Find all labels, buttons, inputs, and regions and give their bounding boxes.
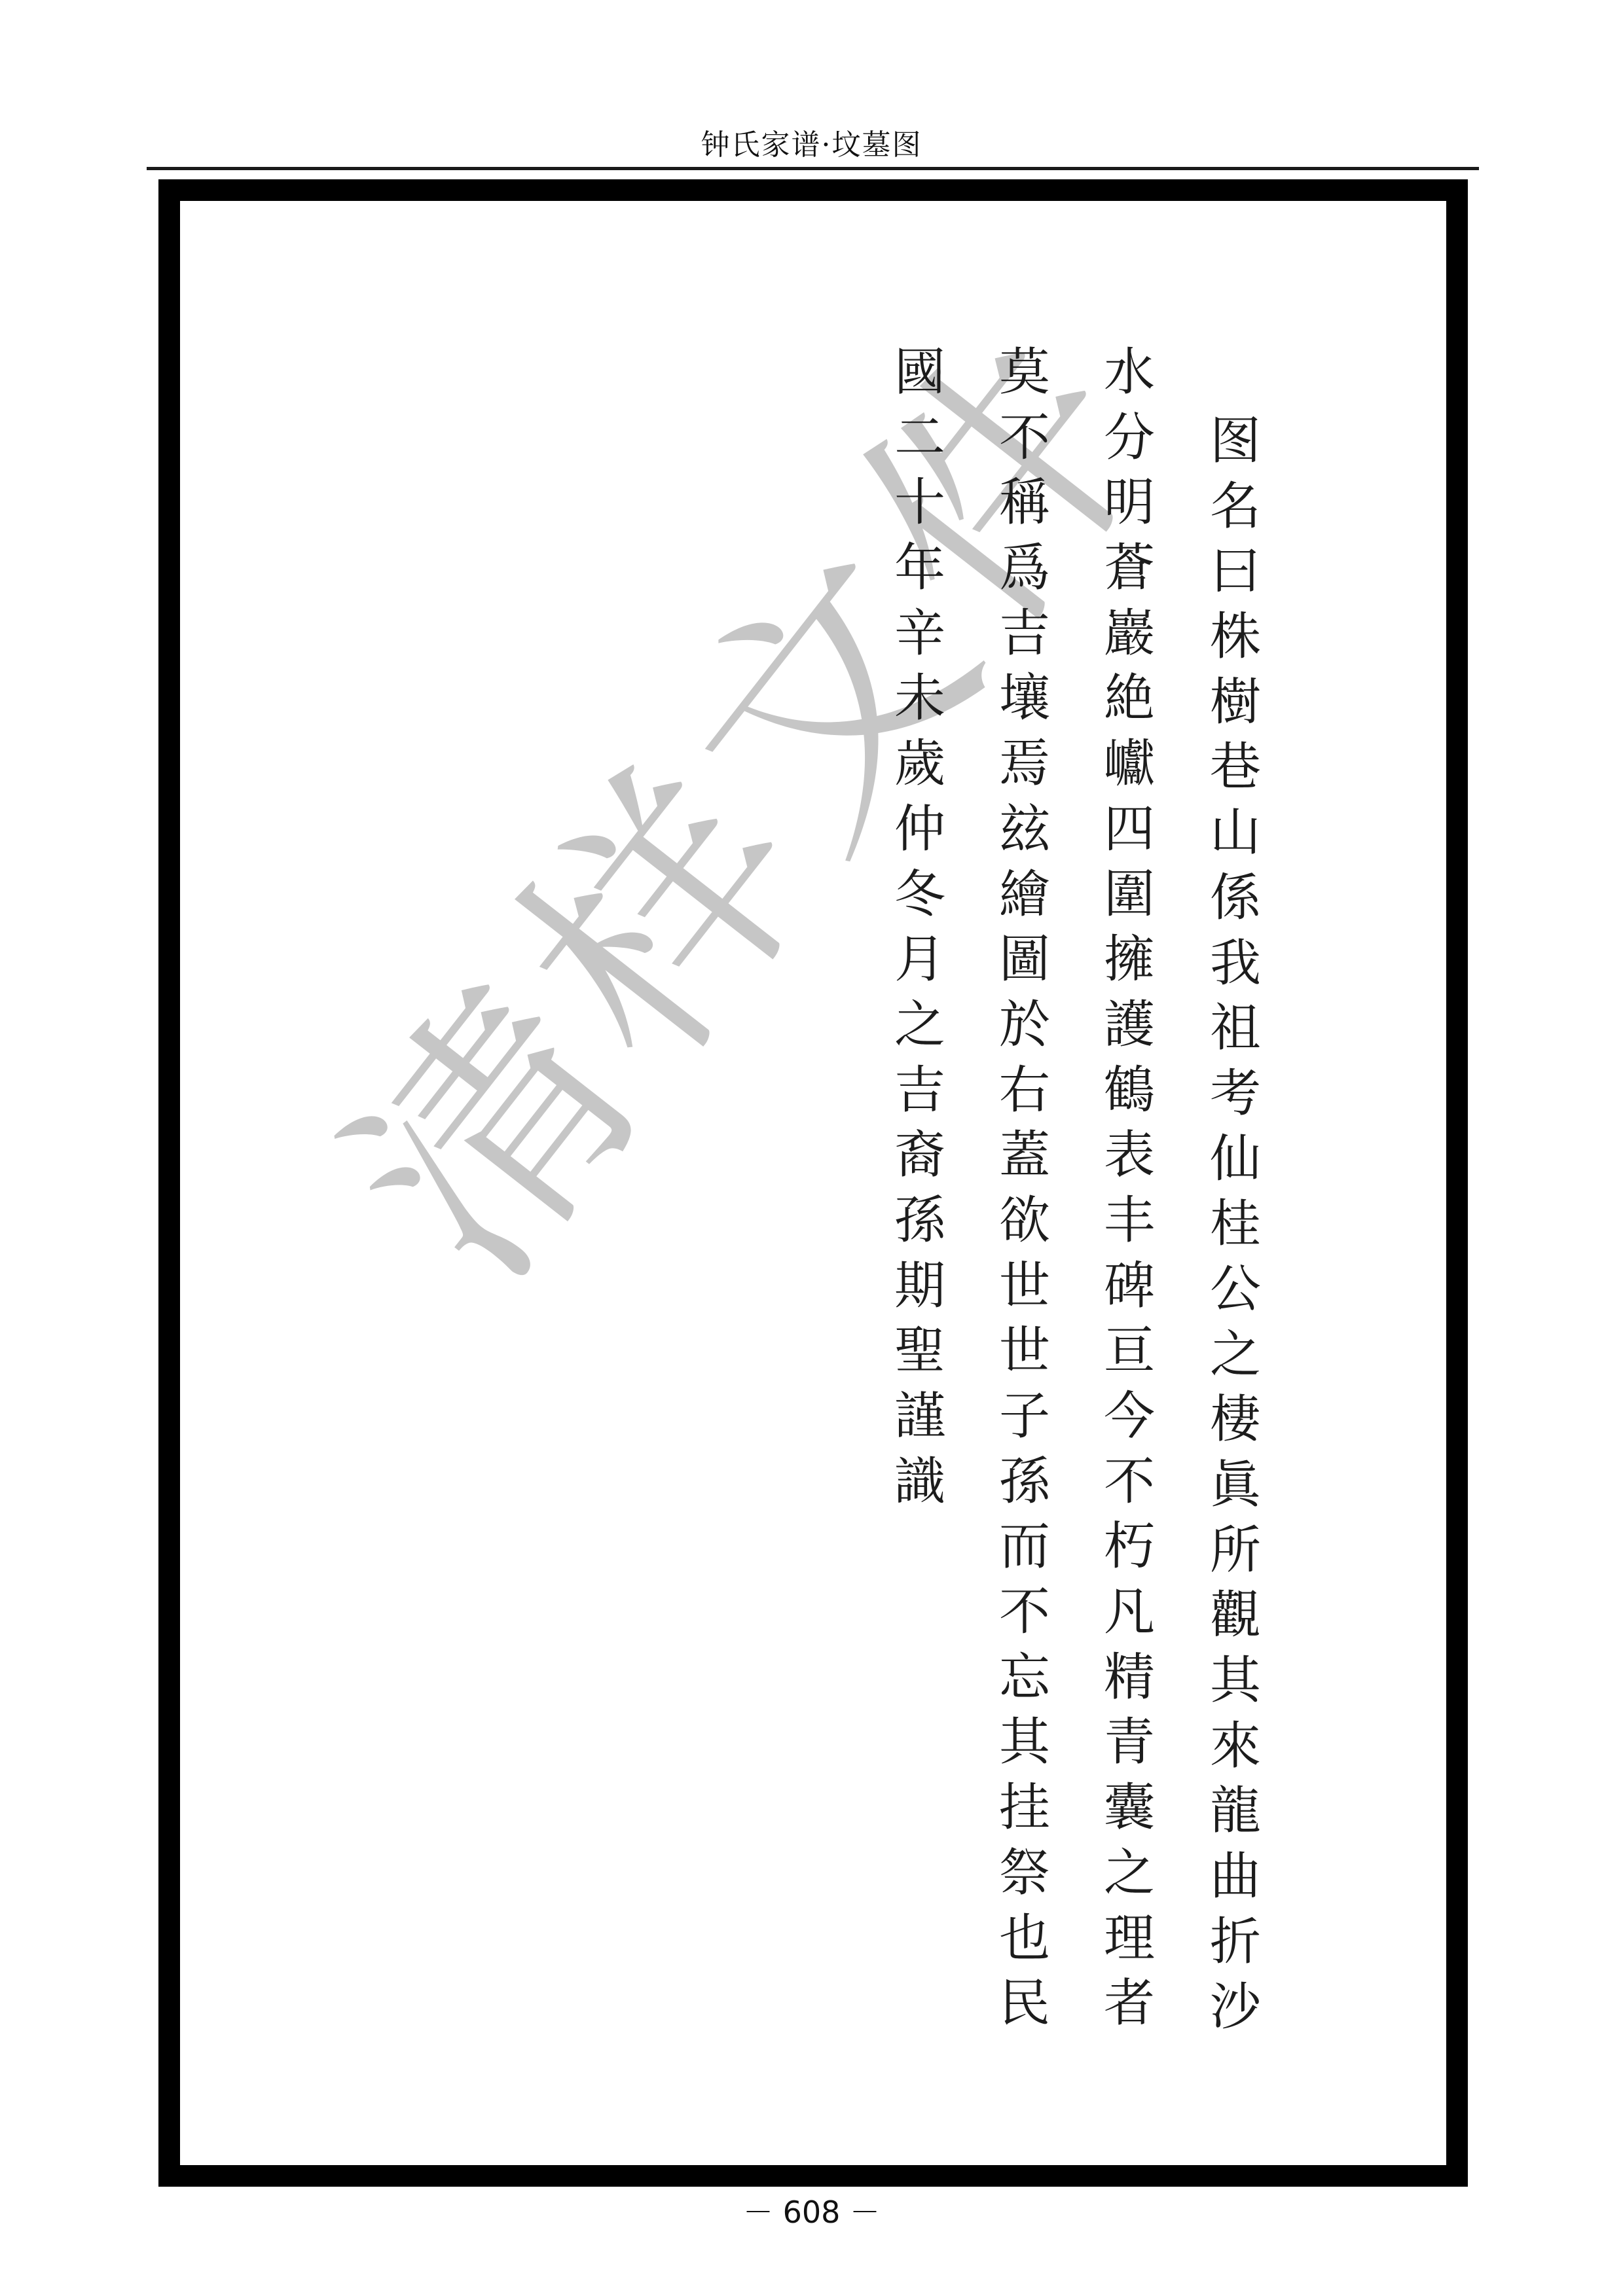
text-character: 图 [1199, 409, 1271, 475]
text-character: 其 [1199, 1649, 1271, 1714]
text-column-1: 图名曰株樹巷山係我祖考仙桂公之棲眞所觀其來龍曲折沙 [1199, 409, 1271, 2040]
text-character: 碑 [1093, 1254, 1165, 1319]
text-character: 二 [884, 406, 956, 471]
text-character: 不 [1093, 1450, 1165, 1515]
text-character: 樹 [1199, 670, 1271, 736]
text-character: 鶴 [1093, 1058, 1165, 1124]
text-character: 之 [884, 993, 956, 1058]
header-rule-divider [147, 167, 1479, 170]
text-character: 龍 [1199, 1779, 1271, 1844]
text-character: 而 [989, 1515, 1061, 1580]
text-character: 巷 [1199, 735, 1271, 800]
text-character: 不 [989, 1580, 1061, 1645]
text-column-4: 國二十年辛未歲仲冬月之吉裔孫期聖謹識 [884, 340, 956, 1515]
text-character: 表 [1093, 1123, 1165, 1189]
text-character: 孫 [989, 1450, 1061, 1515]
text-character: 圖 [989, 927, 1061, 993]
text-character: 四 [1093, 797, 1165, 863]
text-character: 者 [1093, 1971, 1165, 2037]
page-header-title: 钟氏家谱·坟墓图 [0, 128, 1623, 162]
text-character: 裔 [884, 1123, 956, 1189]
text-character: 之 [1093, 1841, 1165, 1907]
text-character: 繪 [989, 863, 1061, 928]
text-character: 識 [884, 1450, 956, 1515]
text-character: 曰 [1199, 539, 1271, 605]
text-character: 吉 [884, 1058, 956, 1124]
text-character: 仲 [884, 797, 956, 863]
text-character: 吉 [989, 601, 1061, 667]
text-column-2: 水分明蒼巖絶巘四圍擁護鶴表丰碑亘今不朽凡精青囊之理者 [1093, 340, 1165, 2037]
text-character: 孫 [884, 1189, 956, 1254]
text-character: 莫 [989, 340, 1061, 406]
text-character: 朽 [1093, 1515, 1165, 1580]
text-character: 亘 [1093, 1319, 1165, 1384]
text-character: 沙 [1199, 1975, 1271, 2041]
text-character: 不 [989, 406, 1061, 471]
text-character: 仙 [1199, 1127, 1271, 1193]
text-character: 稱 [989, 471, 1061, 536]
text-character: 焉 [989, 732, 1061, 797]
text-character: 來 [1199, 1714, 1271, 1780]
text-character: 也 [989, 1907, 1061, 1972]
text-character: 絶 [1093, 666, 1165, 732]
text-character: 公 [1199, 1257, 1271, 1323]
text-character: 年 [884, 536, 956, 601]
text-character: 曲 [1199, 1844, 1271, 1910]
text-character: 於 [989, 993, 1061, 1058]
text-character: 理 [1093, 1907, 1165, 1972]
text-character: 辛 [884, 601, 956, 667]
text-character: 分 [1093, 406, 1165, 471]
text-character: 我 [1199, 931, 1271, 997]
text-character: 子 [989, 1384, 1061, 1450]
text-character: 圍 [1093, 863, 1165, 928]
text-character: 名 [1199, 475, 1271, 540]
text-character: 青 [1093, 1710, 1165, 1776]
text-character: 祖 [1199, 996, 1271, 1062]
text-character: 謹 [884, 1384, 956, 1450]
text-character: 之 [1199, 1323, 1271, 1388]
text-character: 觀 [1199, 1583, 1271, 1649]
text-character: 桂 [1199, 1192, 1271, 1257]
text-character: 國 [884, 340, 956, 406]
text-character: 折 [1199, 1910, 1271, 1975]
text-character: 壤 [989, 666, 1061, 732]
text-character: 挂 [989, 1776, 1061, 1841]
text-character: 山 [1199, 800, 1271, 866]
text-character: 月 [884, 927, 956, 993]
text-character: 冬 [884, 863, 956, 928]
text-character: 囊 [1093, 1776, 1165, 1841]
text-character: 棲 [1199, 1388, 1271, 1453]
page-frame-border [158, 179, 1468, 2187]
text-column-3: 莫不稱爲吉壤焉玆繪圖於右蓋欲世世子孫而不忘其挂祭也民 [989, 340, 1061, 2037]
text-character: 期 [884, 1254, 956, 1319]
text-character: 擁 [1093, 927, 1165, 993]
text-character: 世 [989, 1254, 1061, 1319]
page-number: － 608 － [0, 2194, 1623, 2231]
text-character: 株 [1199, 605, 1271, 670]
text-character: 祭 [989, 1841, 1061, 1907]
text-character: 考 [1199, 1062, 1271, 1127]
text-character: 眞 [1199, 1453, 1271, 1518]
text-character: 精 [1093, 1645, 1165, 1711]
text-character: 未 [884, 666, 956, 732]
text-character: 係 [1199, 866, 1271, 931]
text-character: 聖 [884, 1319, 956, 1384]
text-character: 爲 [989, 536, 1061, 601]
text-character: 護 [1093, 993, 1165, 1058]
text-character: 歲 [884, 732, 956, 797]
text-character: 民 [989, 1971, 1061, 2037]
text-character: 世 [989, 1319, 1061, 1384]
text-character: 巘 [1093, 732, 1165, 797]
text-character: 其 [989, 1710, 1061, 1776]
text-character: 明 [1093, 471, 1165, 536]
text-character: 忘 [989, 1645, 1061, 1711]
text-character: 所 [1199, 1518, 1271, 1584]
text-character: 凡 [1093, 1580, 1165, 1645]
text-character: 水 [1093, 340, 1165, 406]
text-character: 巖 [1093, 601, 1165, 667]
text-character: 右 [989, 1058, 1061, 1124]
text-character: 蒼 [1093, 536, 1165, 601]
text-character: 今 [1093, 1384, 1165, 1450]
text-character: 蓋 [989, 1123, 1061, 1189]
text-character: 欲 [989, 1189, 1061, 1254]
text-character: 玆 [989, 797, 1061, 863]
text-character: 十 [884, 471, 956, 536]
text-character: 丰 [1093, 1189, 1165, 1254]
